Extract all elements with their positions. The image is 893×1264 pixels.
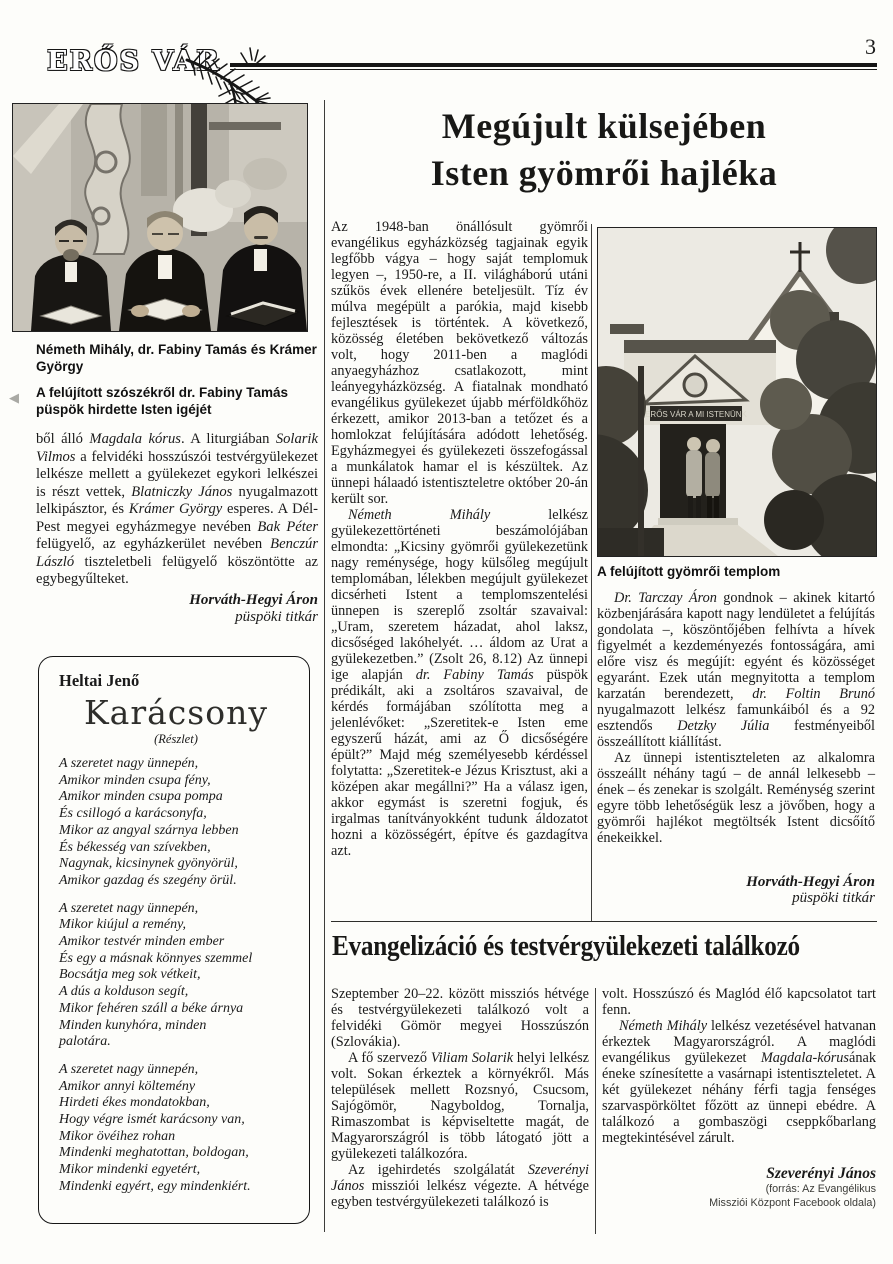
poem-box: Heltai Jenő Karácsony (Részlet) A szeret… (38, 656, 310, 1224)
page-number: 3 (836, 34, 876, 60)
paragraph: Németh Mihály lelkész gyülekezettörténet… (331, 507, 588, 859)
poem-stanza: A szeretet nagy ünnepén, Mikor kiújul a … (59, 901, 293, 1051)
signature-name: Szeverényi János (766, 1165, 876, 1182)
main-article-col2: Dr. Tarczay Áron gondnok – akinek kitart… (597, 590, 875, 846)
left-arrow-icon: ◀ (9, 390, 19, 406)
church-photo: ERŐS VÁR A MI ISTENÜNK (597, 227, 877, 557)
paragraph: Az 1948-ban önállósult gyömrői evangélik… (331, 219, 588, 507)
poem-stanza: A szeretet nagy ünnepén, Amikor annyi kö… (59, 1062, 293, 1196)
bottom-article-col2: volt. Hosszúszó és Maglód élő kapcsolato… (602, 986, 876, 1146)
signature-role: püspöki titkár (597, 890, 875, 906)
left-article-signature: Horváth-Hegyi Áron püspöki titkár (36, 592, 318, 626)
paragraph: volt. Hosszúszó és Maglód élő kapcsolato… (602, 986, 876, 1018)
bottom-headline: Evangelizáció és testvérgyülekezeti talá… (332, 931, 881, 963)
paragraph: Németh Mihály lelkész vezetésével hatvan… (602, 1018, 876, 1146)
church-sign-text: ERŐS VÁR A MI ISTENÜNK (645, 410, 747, 419)
column-divider-bottom (595, 988, 596, 1234)
main-article-signature: Horváth-Hegyi Áron püspöki titkár (597, 874, 875, 906)
bottom-article-signature: Szeverényi János (forrás: Az Evangélikus… (602, 1166, 876, 1210)
bottom-article-col1: Szeptember 20–22. között missziós hétvég… (331, 986, 589, 1210)
paragraph: ből álló Magdala kórus. A liturgiában So… (36, 431, 318, 589)
header-rule (230, 63, 877, 70)
poem-subtitle: (Részlet) (59, 732, 293, 747)
signature-name: Horváth-Hegyi Áron (597, 874, 875, 890)
newspaper-page: ERŐS VÁR 3 (0, 0, 893, 1264)
clergy-photo (12, 103, 308, 332)
pulpit-photo-note: A felújított szószékről dr. Fabiny Tamás… (36, 384, 318, 418)
paragraph: Dr. Tarczay Áron gondnok – akinek kitart… (597, 590, 875, 750)
signature-role: püspöki titkár (36, 609, 318, 626)
source-note: (forrás: Az Evangélikus Missziói Központ… (602, 1182, 876, 1210)
left-article-text: ből álló Magdala kórus. A liturgiában So… (36, 431, 318, 589)
poem-author: Heltai Jenő (59, 671, 293, 691)
poem-stanza: A szeretet nagy ünnepén, Amikor minden c… (59, 756, 293, 890)
main-article-col1: Az 1948-ban önállósult gyömrői evangélik… (331, 219, 588, 859)
headline-line: Megújult külsejében (331, 103, 877, 150)
headline-line: Isten gyömrői hajléka (331, 150, 877, 197)
column-divider-left (324, 100, 325, 1232)
paragraph: Szeptember 20–22. között missziós hétvég… (331, 986, 589, 1050)
paragraph: Az igehirdetés szolgálatát Szeverényi Já… (331, 1162, 589, 1210)
paragraph: Az ünnepi istentiszteleten az alkalomra … (597, 750, 875, 846)
signature-name: Horváth-Hegyi Áron (36, 592, 318, 609)
main-headline: Megújult külsejében Isten gyömrői hajlék… (331, 103, 877, 197)
church-photo-caption: A felújított gyömrői templom (597, 563, 875, 580)
paragraph: A fő szervező Viliam Solarik helyi lelké… (331, 1050, 589, 1162)
column-divider-main (591, 224, 592, 921)
section-divider (331, 921, 877, 922)
poem-title: Karácsony (59, 693, 293, 732)
clergy-photo-caption: Németh Mihály, dr. Fabiny Tamás és Kráme… (36, 341, 318, 375)
